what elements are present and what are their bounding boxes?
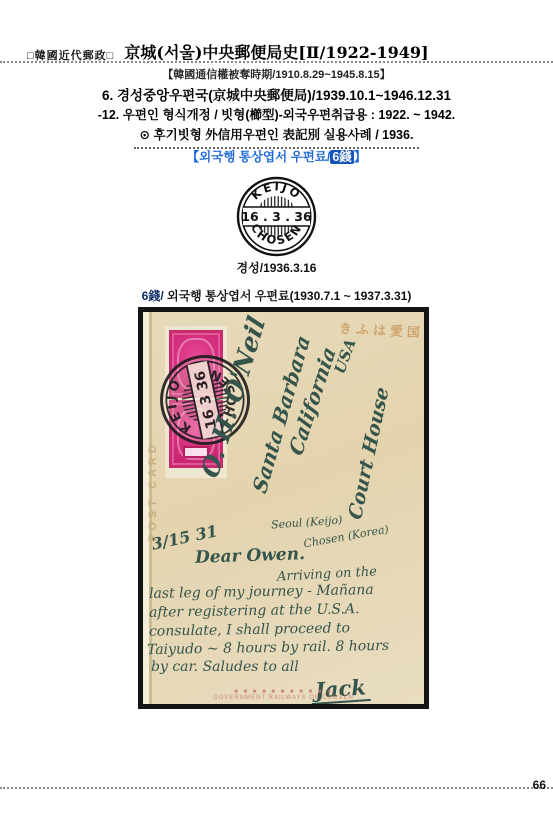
rate-label: 【외국행 통상엽서 우편료/6錢】 — [0, 147, 553, 165]
message-salutation: Dear Owen. — [195, 544, 306, 568]
origin-note-line1: Seoul (Keijo) — [271, 514, 343, 532]
postmark-icon: KEIJO CHOSEN 16 . 3 . 36 — [234, 174, 319, 259]
postmark-date: 16 . 3 . 36 — [241, 209, 312, 224]
photo-caption: 6錢/ 외국행 통상엽서 우편료(1930.7.1 ~ 1937.3.31) — [0, 287, 553, 304]
page-title: 京城(서울)中央郵便局史[Ⅱ/1922-1949] — [0, 40, 553, 63]
rate-label-prefix: 【외국행 통상엽서 우편료/ — [187, 150, 331, 164]
postmark-caption: 경성/1936.3.16 — [0, 259, 553, 276]
period-subtitle: 【韓國通信權被奪時期/1910.8.29~1945.8.15】 — [0, 66, 553, 82]
footer-divider — [0, 787, 553, 789]
post-card-imprint: POST CARD — [147, 441, 159, 542]
address-country: USA — [331, 337, 360, 377]
postmark-illustration: KEIJO CHOSEN 16 . 3 . 36 — [234, 174, 319, 259]
header-divider — [0, 61, 553, 63]
topic-heading: ⊙ 후기빗형 外信用우편인 表記別 실용사례 / 1936. — [134, 125, 420, 149]
address-place: Court House — [344, 384, 393, 522]
message-line: last leg of my journey - Mañana — [149, 582, 374, 602]
printed-japanese-slogan: きふは愛国 — [339, 318, 425, 341]
page-number: 66 — [533, 778, 546, 792]
postcard-photo: きふは愛国 POST CARD K — [138, 307, 429, 709]
subsection-heading: -12. 우편인 형식개정 / 빗형(櫛型)-외국우편취급용 : 1922. ~… — [0, 105, 553, 123]
rate-value-badge: 6錢 — [330, 150, 353, 164]
photo-caption-text: 외국행 통상엽서 우편료(1930.7.1 ~ 1937.3.31) — [164, 289, 412, 303]
photo-caption-fee: 6錢/ — [142, 289, 164, 303]
topic-heading-wrap: ⊙ 후기빗형 外信用우편인 表記別 실용사례 / 1936. — [0, 125, 553, 149]
rate-label-suffix: 】 — [354, 150, 367, 164]
printed-bottom-text: GOVERNMENT RAILWAYS OF CHOSEN — [143, 695, 424, 701]
printed-bottom-imprint: ■ ■ ■ ■ ■ ■ ■ ■ ■ ■ ■ GOVERNMENT RAILWAY… — [143, 690, 424, 701]
message-line: after registering at the U.S.A. — [149, 601, 360, 621]
message-line: by car. Saludes to all — [151, 659, 299, 675]
section-heading: 6. 경성중앙우편국(京城中央郵便局)/1939.10.1~1946.12.31 — [0, 84, 553, 104]
message-line: consulate, I shall proceed to — [149, 620, 350, 640]
message-line: Taiyudo ~ 8 hours by rail. 8 hours — [147, 638, 389, 658]
